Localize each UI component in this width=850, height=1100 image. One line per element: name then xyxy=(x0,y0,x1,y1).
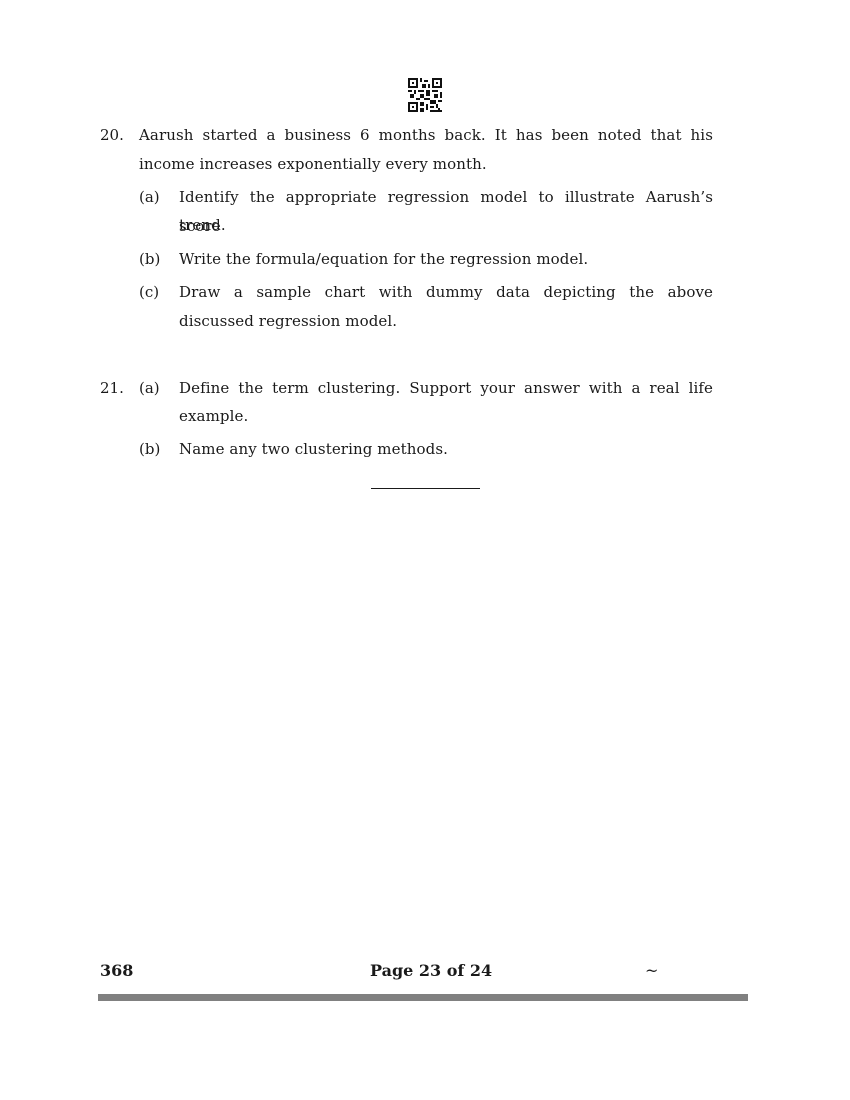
page-number: Page 23 of 24 xyxy=(370,960,492,982)
part-text-line: Write the formula/equation for the regre… xyxy=(179,245,713,274)
part-label: (b) xyxy=(139,435,160,464)
part-label: (a) xyxy=(139,374,160,403)
part-label: (b) xyxy=(139,245,160,274)
qr-code-icon xyxy=(408,78,442,112)
part-text-line: Name any two clustering methods. xyxy=(179,435,713,464)
part-text-line: Define the term clustering. Support your… xyxy=(179,374,713,403)
end-of-paper-rule xyxy=(371,488,480,489)
part-text-line: example. xyxy=(179,402,713,431)
part-text-line: Draw a sample chart with dummy data depi… xyxy=(179,278,713,307)
question-stem-line: Aarush started a business 6 months back.… xyxy=(139,121,713,150)
question-number: 21. xyxy=(100,374,124,403)
part-text-line: trend. xyxy=(179,211,713,240)
part-label: (a) xyxy=(139,183,160,212)
part-label: (c) xyxy=(139,278,159,307)
part-text-line: discussed regression model. xyxy=(179,307,713,336)
question-number: 20. xyxy=(100,121,124,150)
paper-code: 368 xyxy=(100,960,133,982)
question-stem-line: income increases exponentially every mon… xyxy=(139,150,713,179)
footer-mark: ~ xyxy=(645,960,658,982)
footer-bar xyxy=(98,994,748,1001)
